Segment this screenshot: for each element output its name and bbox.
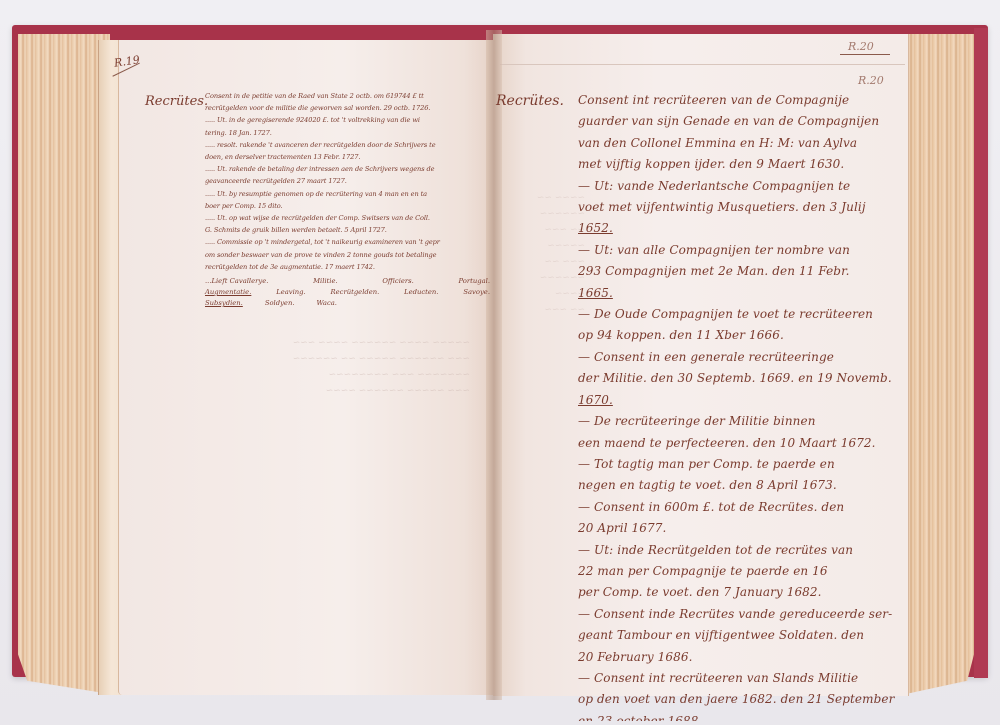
entry-line: ..... Ut. in de geregiserende 924020 £. … (205, 114, 487, 126)
index-word: Waca. (317, 298, 337, 309)
index-word: Augmentatie. (205, 287, 251, 298)
entry-line: guarder van sijn Genade en van de Compag… (578, 111, 904, 132)
bleed-through-text-left: ~~~~~ ~~~~ ~~~~~~ ~~~~ ~~~ ~~~ ~~~~~~ ~~… (260, 335, 470, 399)
entry-line: negen en tagtig te voet. den 8 April 167… (578, 475, 904, 496)
entry-line: — De Oude Compagnijen te voet te recrüte… (578, 304, 904, 325)
entry-line: ..... Commissie op 't mindergetal, tot '… (205, 236, 487, 248)
index-word: Militie. (313, 276, 338, 287)
index-row: Augmentatie. Leaving. Recrütgelden. Ledu… (205, 287, 490, 298)
index-row: ...Lieft Cavallerye. Militie. Officiers.… (205, 276, 490, 287)
entry-line: 20 February 1686. (578, 647, 904, 668)
entry-line: op 94 koppen. den 11 Xber 1666. (578, 325, 904, 346)
entry-line: voet met vijfentwintig Musquetiers. den … (578, 197, 904, 218)
left-page-edges (18, 34, 110, 694)
entry-line: geant Tambour en vijftigentwee Soldaten.… (578, 625, 904, 646)
index-word: ...Lieft Cavallerye. (205, 276, 268, 287)
entry-line: 20 April 1677. (578, 518, 904, 539)
entry-line: 22 man per Compagnije te paerde en 16 (578, 561, 904, 582)
entry-line: 1670. (578, 390, 904, 411)
entry-line: om sonder beswaer van de prove te vinden… (205, 249, 487, 261)
index-word: Savoye. (463, 287, 490, 298)
entry-line: ..... Ut. by resumptie genomen op de rec… (205, 188, 487, 200)
book-gutter (486, 30, 502, 700)
right-page-entries: Consent int recrüteeren van de Compagnij… (578, 90, 904, 721)
index-word: Subsydien. (205, 298, 243, 309)
index-row: Subsydien. Soldyen. Waca. (205, 298, 490, 309)
entry-line: een maend te perfecteeren. den 10 Maart … (578, 433, 904, 454)
right-folio-number-top: R.20 (848, 40, 874, 53)
left-page-entries: Consent in de petitie van de Raed van St… (205, 90, 487, 273)
entry-line: recrütgelden tot de 3e augmentatie. 17 m… (205, 261, 487, 273)
entry-line: — Ut: inde Recrütgelden tot de recrütes … (578, 540, 904, 561)
entry-line: — Ut: van alle Compagnijen ter nombre va… (578, 240, 904, 261)
entry-line: — Ut: vande Nederlantsche Compagnijen te (578, 176, 904, 197)
book-cover-edge (974, 28, 988, 678)
entry-line: per Comp. te voet. den 7 January 1682. (578, 582, 904, 603)
entry-line: en 23 october 1688. (578, 711, 904, 721)
left-page-heading: Recrütes. (145, 94, 208, 109)
entry-line: 1652. (578, 218, 904, 239)
right-page-top-fold (500, 34, 905, 65)
entry-line: — Consent in een generale recrüteeringe (578, 347, 904, 368)
index-word: Leaving. (276, 287, 306, 298)
entry-line: op den voet van den jaere 1682. den 21 S… (578, 689, 904, 710)
left-page-index-words: ...Lieft Cavallerye. Militie. Officiers.… (205, 276, 490, 309)
entry-line: — Consent int recrüteeren van Slands Mil… (578, 668, 904, 689)
entry-line: van den Collonel Emmina en H: M: van Ayl… (578, 133, 904, 154)
right-page-edges (906, 34, 974, 694)
entry-line: ..... resolt. rakende 't avanceren der r… (205, 139, 487, 151)
entry-line: G. Schmits de gruik billen werden betael… (205, 224, 487, 236)
entry-line: ..... Ut. op wat wijse de recrütgelden d… (205, 212, 487, 224)
entry-line: — De recrüteeringe der Militie binnen (578, 411, 904, 432)
entry-line: Consent in de petitie van de Raed van St… (205, 90, 487, 102)
entry-line: — Consent inde Recrütes vande gereduceer… (578, 604, 904, 625)
right-page-heading: Recrütes. (496, 93, 564, 109)
index-word: Portugal. (459, 276, 491, 287)
entry-line: 293 Compagnijen met 2e Man. den 11 Febr. (578, 261, 904, 282)
entry-line: met vijftig koppen ijder. den 9 Maert 16… (578, 154, 904, 175)
entry-line: Consent int recrüteeren van de Compagnij… (578, 90, 904, 111)
right-folio-number: R.20 (858, 74, 884, 87)
index-word: Soldyen. (265, 298, 295, 309)
entry-line: ..... Ut. rakende de betaling der intres… (205, 163, 487, 175)
index-word: Officiers. (382, 276, 413, 287)
index-word: Leducten. (404, 287, 438, 298)
index-word: Recrütgelden. (331, 287, 380, 298)
entry-line: 1665. (578, 283, 904, 304)
entry-line: tering. 18 Jan. 1727. (205, 127, 487, 139)
entry-line: doen, en derselver tractementen 13 Febr.… (205, 151, 487, 163)
entry-line: — Tot tagtig man per Comp. te paerde en (578, 454, 904, 475)
entry-line: geavanceerde recrütgelden 27 maart 1727. (205, 175, 487, 187)
bleed-through-text-right: ~~~~ ~~~~~~~~~~ ~~~~~~~~ ~~~ ~~~~~~~~~~~… (505, 190, 585, 318)
entry-line: der Militie. den 30 Septemb. 1669. en 19… (578, 368, 904, 389)
entry-line: — Consent in 600m £. tot de Recrütes. de… (578, 497, 904, 518)
photo-scene: ~~~~~ ~~~~ ~~~~~~ ~~~~ ~~~ ~~~ ~~~~~~ ~~… (0, 0, 1000, 725)
entry-line: recrütgelden voor de militie die geworve… (205, 102, 487, 114)
entry-line: boer per Comp. 15 dito. (205, 200, 487, 212)
